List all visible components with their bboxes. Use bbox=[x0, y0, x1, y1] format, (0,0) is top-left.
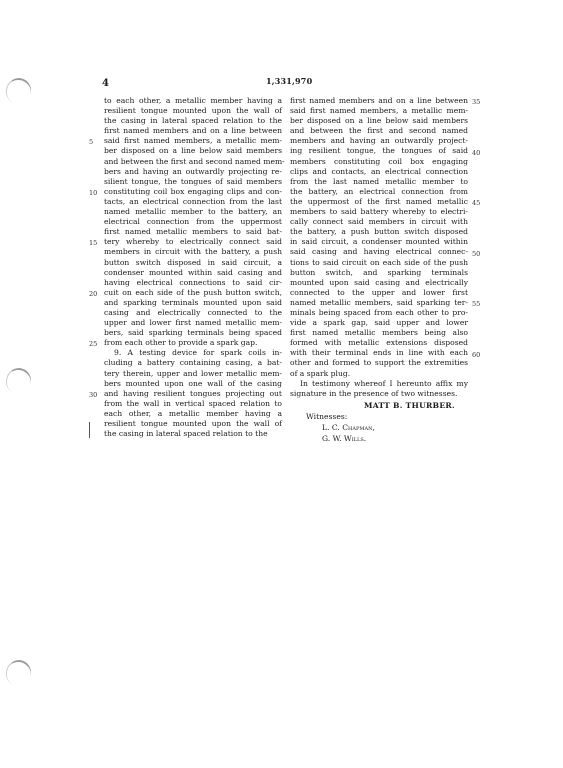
line-number: 30 bbox=[89, 391, 97, 399]
text-line: the uppermost of the first named metalli… bbox=[290, 197, 468, 207]
text-line: cally connect said members in circuit wi… bbox=[290, 217, 468, 227]
text-line: silient tongue, the tongues of said memb… bbox=[104, 177, 282, 187]
line-number: 5 bbox=[89, 138, 93, 146]
right-text-column: first named members and on a line betwee… bbox=[290, 96, 468, 399]
text-line: bers, said sparking terminals being spac… bbox=[104, 328, 282, 338]
text-line: clips and contacts, an electrical connec… bbox=[290, 167, 468, 177]
text-line: with their terminal ends in line with ea… bbox=[290, 348, 468, 358]
hole-punch-mark bbox=[2, 657, 34, 690]
text-line: bers and having an outwardly projecting … bbox=[104, 167, 282, 177]
text-line: named metallic member to the battery, an bbox=[104, 207, 282, 217]
text-line: and sparking terminals mounted upon said bbox=[104, 298, 282, 308]
line-number: 25 bbox=[89, 340, 97, 348]
text-line: each other, a metallic member having a bbox=[104, 409, 282, 419]
text-line: In testimony whereof I hereunto affix my bbox=[290, 379, 468, 389]
text-line: vide a spark gap, said upper and lower bbox=[290, 318, 468, 328]
text-line: ing resilient tongue, the tongues of sai… bbox=[290, 146, 468, 156]
line-number: 55 bbox=[472, 300, 480, 308]
left-text-column: to each other, a metallic member having … bbox=[104, 96, 282, 439]
witness-1: L. C. Chapman, bbox=[322, 423, 375, 433]
text-line: said first named members, a metallic mem… bbox=[104, 136, 282, 146]
text-line: said first named members, a metallic mem… bbox=[290, 106, 468, 116]
text-line: ber disposed on a line below said member… bbox=[290, 116, 468, 126]
text-line: tions to said circuit on each side of th… bbox=[290, 258, 468, 268]
text-line: connected to the upper and lower first bbox=[290, 288, 468, 298]
text-line: tery whereby to electrically connect sai… bbox=[104, 237, 282, 247]
text-line: ber disposed on a line below said member… bbox=[104, 146, 282, 156]
text-line: having electrical connections to said ci… bbox=[104, 278, 282, 288]
text-line: and between the first and second named m… bbox=[104, 157, 282, 167]
witness-2: G. W. Wills. bbox=[322, 434, 366, 444]
line-number: 40 bbox=[472, 149, 480, 157]
text-line: the battery, an electrical connection fr… bbox=[290, 187, 468, 197]
text-line: 9. A testing device for spark coils in- bbox=[104, 348, 282, 358]
text-line: signature in the presence of two witness… bbox=[290, 389, 468, 399]
text-line: named metallic members, said sparking te… bbox=[290, 298, 468, 308]
text-line: condenser mounted within said casing and bbox=[104, 268, 282, 278]
text-line: electrical connection from the uppermost bbox=[104, 217, 282, 227]
text-line: members to said battery whereby to elect… bbox=[290, 207, 468, 217]
line-number: 15 bbox=[89, 239, 97, 247]
page-number: 4 bbox=[102, 78, 109, 89]
text-line: cuit on each side of the push button swi… bbox=[104, 288, 282, 298]
witnesses-label: Witnesses: bbox=[306, 412, 347, 422]
text-line: resilient tongue mounted upon the wall o… bbox=[104, 419, 282, 429]
text-line: to each other, a metallic member having … bbox=[104, 96, 282, 106]
text-line: the casing in lateral spaced relation to… bbox=[104, 116, 282, 126]
text-line: members in circuit with the battery, a p… bbox=[104, 247, 282, 257]
text-line: constituting coil box engaging clips and… bbox=[104, 187, 282, 197]
line-number: 20 bbox=[89, 290, 97, 298]
line-number: 10 bbox=[89, 189, 97, 197]
margin-mark bbox=[89, 422, 90, 438]
text-line: minals being spaced from each other to p… bbox=[290, 308, 468, 318]
text-line: and having resilient tongues projecting … bbox=[104, 389, 282, 399]
text-line: first named members and on a line betwee… bbox=[290, 96, 468, 106]
text-line: resilient tongue mounted upon the wall o… bbox=[104, 106, 282, 116]
line-number: 45 bbox=[472, 199, 480, 207]
text-line: from each other to provide a spark gap. bbox=[104, 338, 282, 348]
hole-punch-mark bbox=[2, 75, 34, 108]
text-line: cluding a battery containing casing, a b… bbox=[104, 358, 282, 368]
inventor-signature: MATT B. THURBER. bbox=[364, 401, 455, 411]
text-line: and between the first and second named bbox=[290, 126, 468, 136]
text-line: said casing and having electrical connec… bbox=[290, 247, 468, 257]
text-line: button switch, and sparking terminals bbox=[290, 268, 468, 278]
text-line: the casing in lateral spaced relation to… bbox=[104, 429, 282, 439]
text-line: other and formed to support the extremit… bbox=[290, 358, 468, 368]
text-line: in said circuit, a condenser mounted wit… bbox=[290, 237, 468, 247]
text-line: button switch disposed in said circuit, … bbox=[104, 258, 282, 268]
text-line: members constituting coil box engaging bbox=[290, 157, 468, 167]
text-line: first named members and on a line betwee… bbox=[104, 126, 282, 136]
text-line: casing and electrically connected to the bbox=[104, 308, 282, 318]
text-line: tery therein, upper and lower metallic m… bbox=[104, 369, 282, 379]
text-line: members and having an outwardly project- bbox=[290, 136, 468, 146]
text-line: the battery, a push button switch dispos… bbox=[290, 227, 468, 237]
text-line: tacts, an electrical connection from the… bbox=[104, 197, 282, 207]
text-line: from the wall in vertical spaced relatio… bbox=[104, 399, 282, 409]
text-line: upper and lower first named metallic mem… bbox=[104, 318, 282, 328]
line-number: 35 bbox=[472, 98, 480, 106]
text-line: first named metallic members being also bbox=[290, 328, 468, 338]
line-number: 50 bbox=[472, 250, 480, 258]
text-line: of a spark plug. bbox=[290, 369, 468, 379]
text-line: mounted upon said casing and electricall… bbox=[290, 278, 468, 288]
text-line: first named metallic members to said bat… bbox=[104, 227, 282, 237]
text-line: bers mounted upon one wall of the casing bbox=[104, 379, 282, 389]
text-line: from the last named metallic member to bbox=[290, 177, 468, 187]
hole-punch-mark bbox=[2, 365, 34, 398]
line-number: 60 bbox=[472, 351, 480, 359]
text-line: formed with metallic extensions disposed bbox=[290, 338, 468, 348]
patent-number: 1,331,970 bbox=[266, 76, 312, 86]
